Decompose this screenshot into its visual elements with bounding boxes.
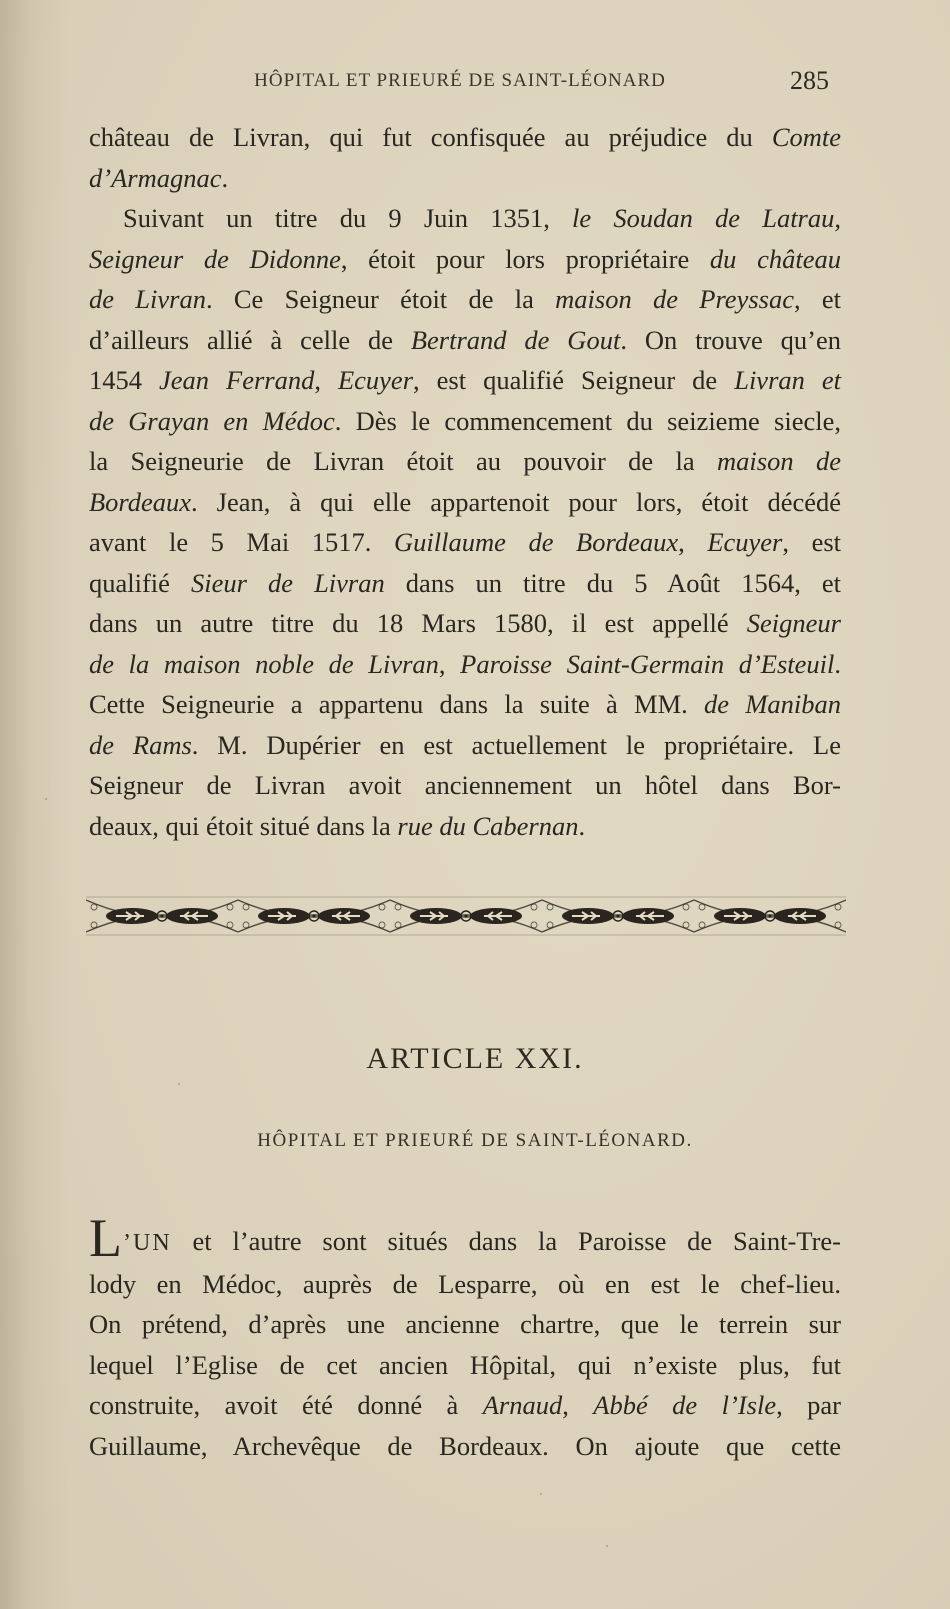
article-subtitle: HÔPITAL ET PRIEURÉ DE SAINT-LÉONARD. (0, 1130, 950, 1152)
italic-text: Sieur de Livran (191, 568, 385, 598)
italic-text: de Grayan en Médoc (89, 406, 335, 436)
text-line: L’UN et l’autre sont situés dans la Paro… (89, 1218, 841, 1264)
text-line: de Rams. M. Dupérier en est actuellement… (89, 725, 841, 766)
text-line: de Grayan en Médoc. Dès le commencement … (89, 401, 841, 442)
paper-speck (540, 1493, 542, 1495)
text-line: de la maison noble de Livran, Paroisse S… (89, 644, 841, 685)
italic-text: de Livran (89, 284, 206, 314)
decorative-ornament-band (86, 894, 846, 938)
article-body-text: L’UN et l’autre sont situés dans la Paro… (89, 1218, 841, 1466)
italic-text: Bordeaux (89, 487, 191, 517)
text-line: lequel l’Eglise de cet ancien Hôpital, q… (89, 1345, 841, 1386)
italic-text: de Rams (89, 730, 192, 760)
text-line: Seigneur de Didonne, étoit pour lors pro… (89, 239, 841, 280)
previous-section-text: château de Livran, qui fut confisquée au… (89, 117, 841, 846)
text-line: dans un autre titre du 18 Mars 1580, il … (89, 603, 841, 644)
running-head: HÔPITAL ET PRIEURÉ DE SAINT-LÉONARD (200, 70, 720, 92)
italic-text: d’Armagnac (89, 163, 221, 193)
text-line: On prétend, d’après une ancienne chartre… (89, 1304, 841, 1345)
paper-speck (606, 1545, 608, 1547)
text-line: d’Armagnac. (89, 158, 841, 199)
italic-text: Paroisse Saint-Germain d’Esteuil (460, 649, 834, 679)
text-line: Bordeaux. Jean, à qui elle appartenoit p… (89, 482, 841, 523)
text-line: qualifié Sieur de Livran dans un titre d… (89, 563, 841, 604)
italic-text: le Soudan de Latrau, (572, 203, 841, 233)
small-caps-opening: ’UN (123, 1230, 172, 1256)
italic-text: rue du Cabernan (397, 811, 578, 841)
text-line: construite, avoit été donné à Arnaud, Ab… (89, 1385, 841, 1426)
text-line: deaux, qui étoit situé dans la rue du Ca… (89, 806, 841, 847)
text-line: de Livran. Ce Seigneur étoit de la maiso… (89, 279, 841, 320)
text-line: Suivant un titre du 9 Juin 1351, le Soud… (89, 198, 841, 239)
italic-text: Livran et (734, 365, 841, 395)
italic-text: Arnaud (483, 1390, 563, 1420)
italic-text: Guillaume de Bordeaux (394, 527, 678, 557)
italic-text: Bertrand de Gout (411, 325, 620, 355)
paper-speck (45, 798, 47, 800)
italic-text: Jean Ferrand (159, 365, 314, 395)
italic-text: Seigneur de Didonne (89, 244, 341, 274)
text-line: Seigneur de Livran avoit anciennement un… (89, 765, 841, 806)
italic-text: Ecuyer (338, 365, 413, 395)
italic-text: Ecuyer (707, 527, 782, 557)
italic-text: Comte (772, 122, 841, 152)
italic-text: maison de Preyssac (555, 284, 794, 314)
text-line: 1454 Jean Ferrand, Ecuyer, est qualifié … (89, 360, 841, 401)
italic-text: maison de (717, 446, 841, 476)
text-line: château de Livran, qui fut confisquée au… (89, 117, 841, 158)
text-line: Guillaume, Archevêque de Bordeaux. On aj… (89, 1426, 841, 1467)
italic-text: du château (710, 244, 841, 274)
text-line: d’ailleurs allié à celle de Bertrand de … (89, 320, 841, 361)
paper-speck (178, 1083, 180, 1085)
text-line: lody en Médoc, auprès de Lesparre, où en… (89, 1264, 841, 1305)
text-line: Cette Seigneurie a appartenu dans la sui… (89, 684, 841, 725)
italic-text: de Maniban (704, 689, 841, 719)
text-line: avant le 5 Mai 1517. Guillaume de Bordea… (89, 522, 841, 563)
article-title: ARTICLE XXI. (0, 1042, 950, 1076)
italic-text: de la maison noble de Livran (89, 649, 439, 679)
book-page: HÔPITAL ET PRIEURÉ DE SAINT-LÉONARD 285 … (0, 0, 950, 1609)
drop-cap: L (89, 1208, 122, 1268)
text-line: la Seigneurie de Livran étoit au pouvoir… (89, 441, 841, 482)
italic-text: Abbé de l’Isle (593, 1390, 776, 1420)
italic-text: Seigneur (747, 608, 841, 638)
page-number: 285 (790, 66, 829, 96)
